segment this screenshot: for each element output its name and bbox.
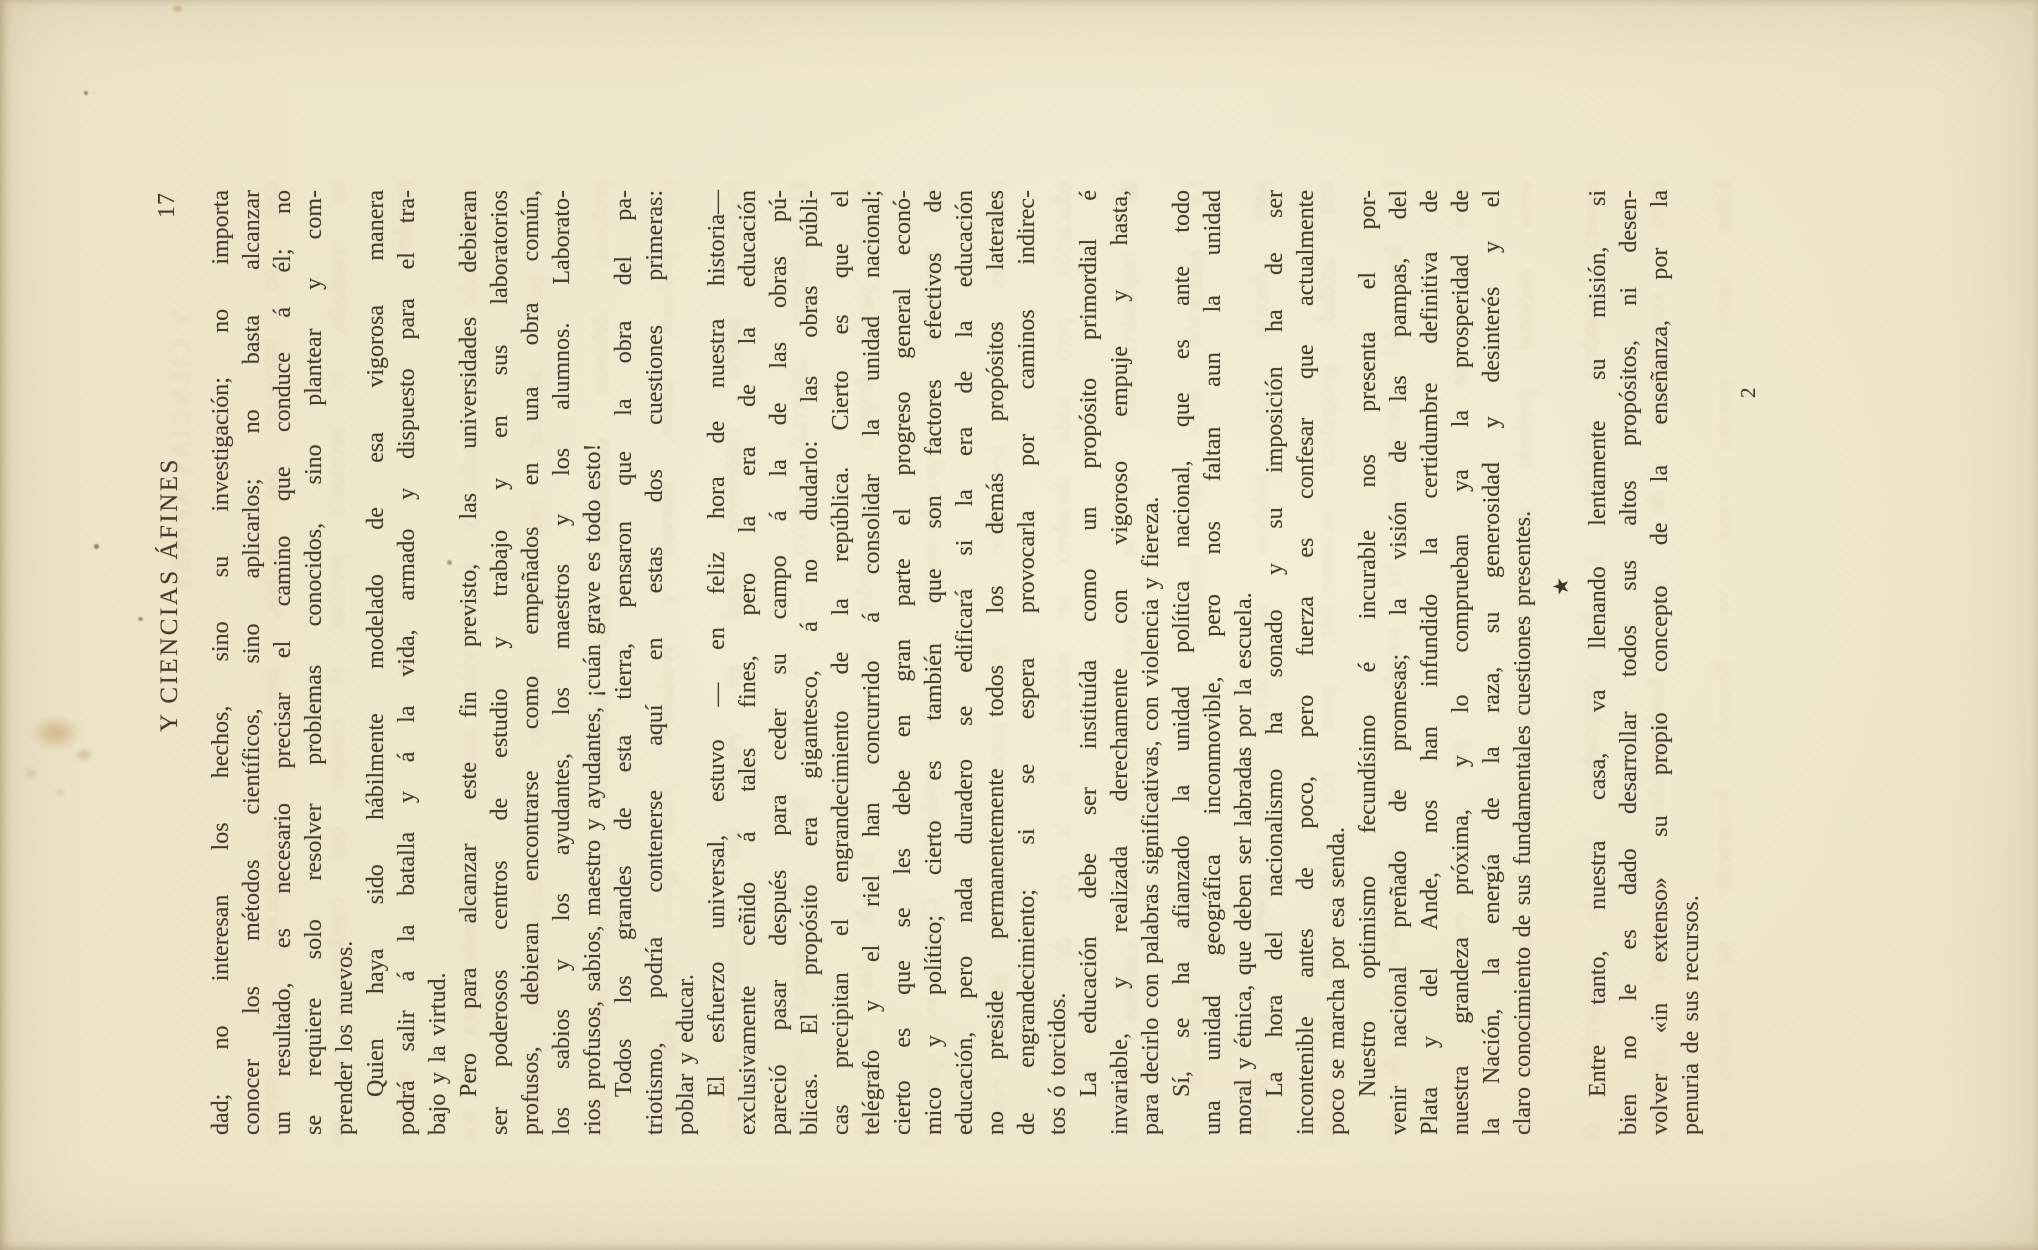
text-line: Quien haya sido hábilmente modelado de e… [361,190,392,1135]
signature-mark: 2 [1736,388,1761,399]
text-line: claro conocimiento de sus fundamentales … [1508,190,1539,1135]
text-line: podrá salir á la batalla y á la vida, ar… [392,190,423,1135]
text-line: Plata y del Ande, nos han infundido la c… [1415,190,1446,1135]
text-line: educación, pero nada duradero se edifica… [950,190,981,1135]
text-line: un resultado, es necesario precisar el c… [268,190,299,1135]
text-line: prender los nuevos. [330,190,361,1135]
text-line: pareció pasar después para ceder su camp… [764,190,795,1135]
page-number: 17 [154,192,181,218]
text-line: telégrafo y el riel han concurrido á con… [857,190,888,1135]
text-line: nuestra grandeza próxima, y lo comprueba… [1446,190,1477,1135]
text-line: no preside permanentemente todos los dem… [981,190,1012,1135]
text-line: El esfuerzo universal, estuvo — en feliz… [702,190,733,1135]
text-line: cierto es que se les debe en gran parte … [888,190,919,1135]
running-head: Y CIENCIAS ÁFINES [156,457,184,732]
text-line: la Nación, la energía de la raza, su gen… [1477,190,1508,1135]
text-line: de engrandecimiento; si se espera provoc… [1012,190,1043,1135]
text-line: cas precipitan el engrandecimiento de la… [826,190,857,1135]
text-line: triotismo, podría contenerse aquí en est… [640,190,671,1135]
text-line: Nuestro optimismo fecundísimo é incurabl… [1353,190,1384,1135]
text-line: mico y político; cierto es también que s… [919,190,950,1135]
text-line: poblar y educar. [671,190,702,1135]
text-line: Sí, se ha afianzado la unidad política n… [1167,190,1198,1135]
page-scan: Y CIENCIAS ÁFINES dad; no interesan los … [0,0,2038,1250]
text-line: Pero para alcanzar este fin previsto, la… [454,190,485,1135]
text-line: Entre tanto, nuestra casa, va llenando l… [1583,190,1614,1135]
text-line: profusos, debieran encontrarse como empe… [516,190,547,1135]
text-line: poco se marcha por esa senda. [1322,190,1353,1135]
text-line: se requiere solo resolver problemas cono… [299,190,330,1135]
text-line: una unidad geográfica inconmovible, pero… [1198,190,1229,1135]
text-line: moral y étnica, que deben ser labradas p… [1229,190,1260,1135]
text-line: los sabios y los ayudantes, los maestros… [547,190,578,1135]
text-line: volver «in extenso» su propio concepto d… [1645,190,1676,1135]
text-line: conocer los métodos científicos, sino ap… [237,190,268,1135]
text-line: rios profusos, sabios, maestro y ayudant… [578,190,609,1135]
text-line: invariable, y realizada derechamente con… [1105,190,1136,1135]
text-line: incontenible antes de poco, pero fuerza … [1291,190,1322,1135]
text-line: blicas. El propósito era gigantesco, á n… [795,190,826,1135]
running-head-row: Y CIENCIAS ÁFINES 17 [156,190,190,1135]
text-line: Todos los grandes de esta tierra, pensar… [609,190,640,1135]
text-line: tos ó torcidos. [1043,190,1074,1135]
book-page: Y CIENCIAS ÁFINES dad; no interesan los … [0,0,2038,1250]
text-line: penuria de sus recursos. [1676,190,1707,1135]
text-line: para decirlo con palabras significativas… [1136,190,1167,1135]
text-line: exclusivamente ceñido á tales fines, per… [733,190,764,1135]
scanned-book-page-screenshot: { "page": { "running_head": "Y CIENCIAS … [0,0,2038,1250]
text-line: bien no le es dado desarrollar todos sus… [1614,190,1645,1135]
body-text: dad; no interesan los hechos, sino su in… [206,190,1707,1135]
text-line: bajo y la virtud. [423,190,454,1135]
text-line: La educación debe ser instituída como un… [1074,190,1105,1135]
text-line: dad; no interesan los hechos, sino su in… [206,190,237,1135]
text-line: venir nacional preñado de promesas; la v… [1384,190,1415,1135]
text-line: ser poderosos centros de estudio y traba… [485,190,516,1135]
text-line: La hora del nacionalismo ha sonado y su … [1260,190,1291,1135]
section-divider-star-icon: ★ [1539,114,1583,1059]
